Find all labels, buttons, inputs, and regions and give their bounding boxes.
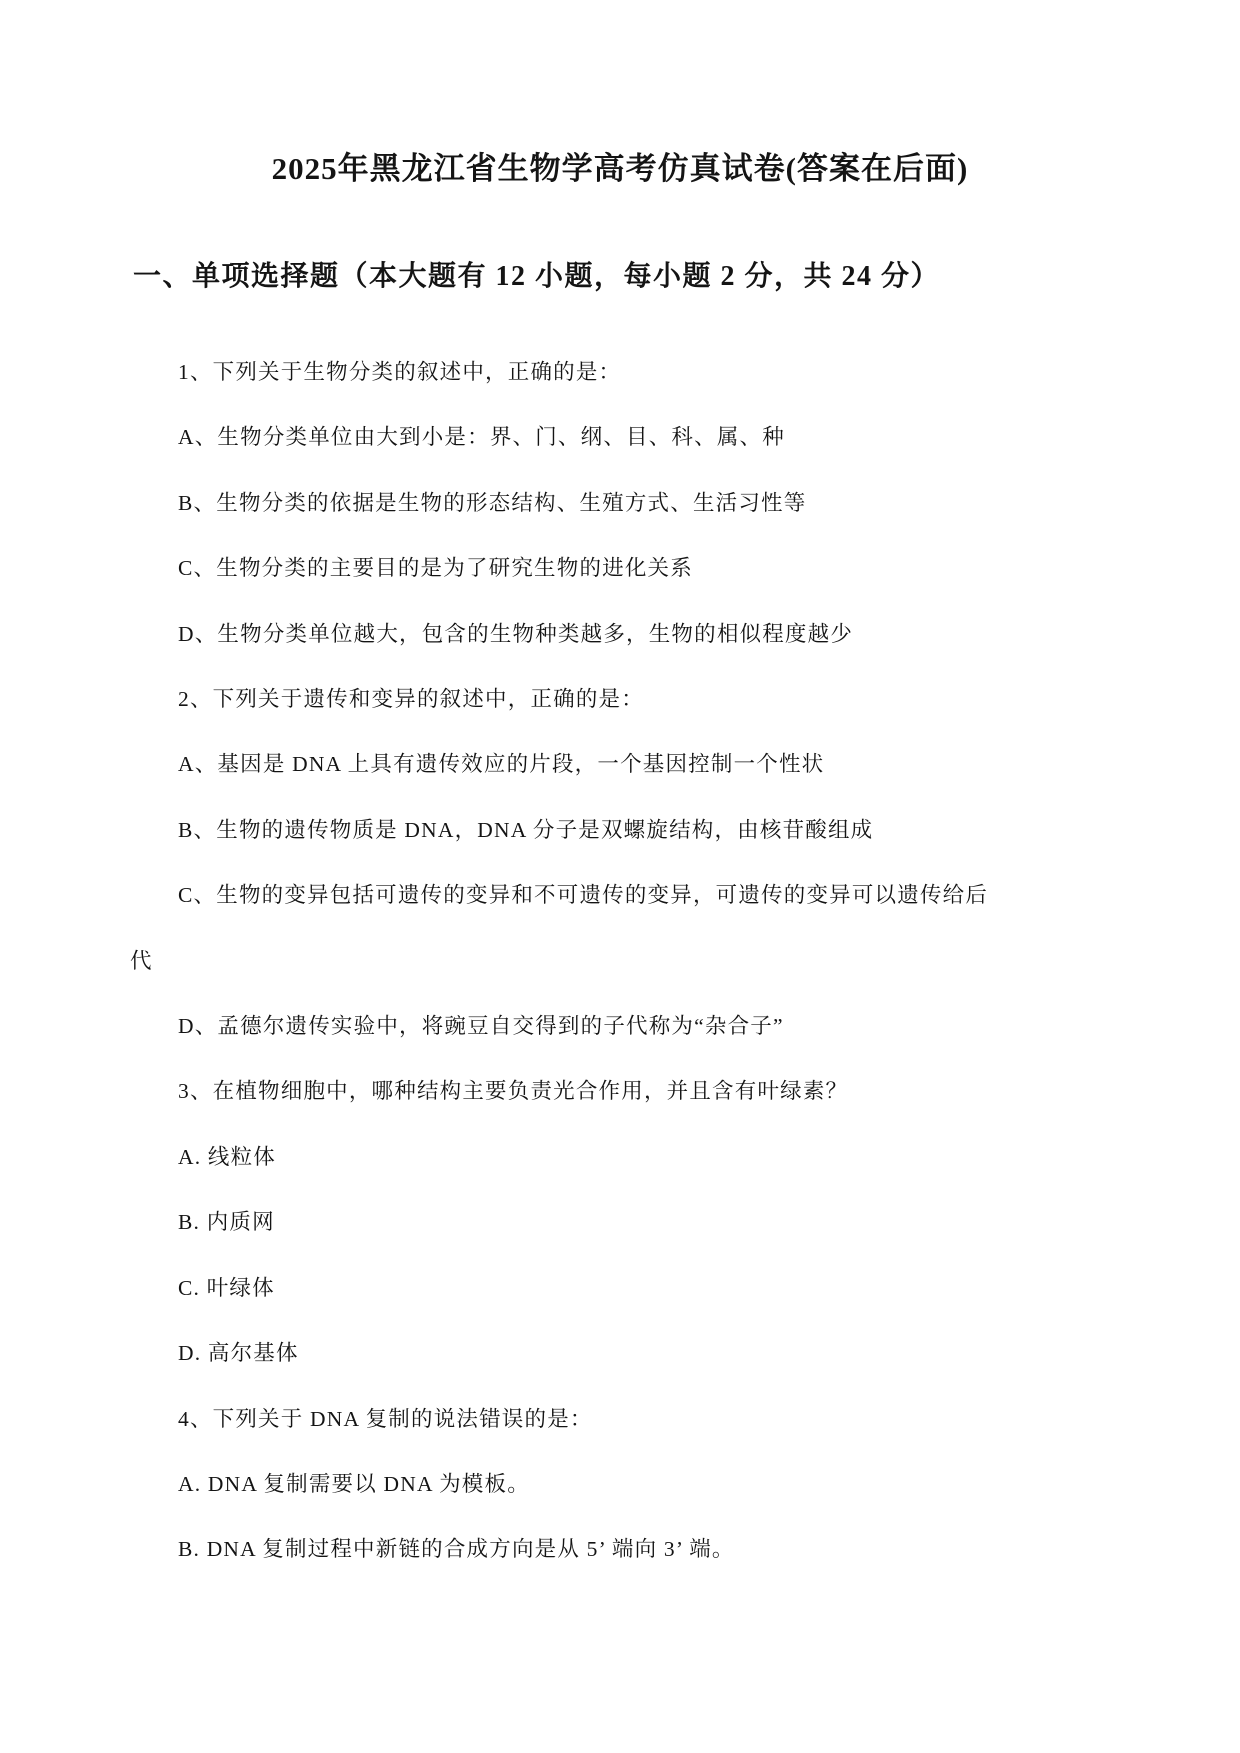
question-3-option-d: D. 高尔基体 xyxy=(130,1321,1120,1386)
question-list: 1、下列关于生物分类的叙述中，正确的是： A、生物分类单位由大到小是：界、门、纲… xyxy=(130,340,1120,1583)
question-4-stem: 4、下列关于 DNA 复制的说法错误的是： xyxy=(130,1387,1120,1452)
question-3-option-a: A. 线粒体 xyxy=(130,1125,1120,1190)
question-1-option-a: A、生物分类单位由大到小是：界、门、纲、目、科、属、种 xyxy=(130,405,1120,470)
question-4-option-a: A. DNA 复制需要以 DNA 为模板。 xyxy=(130,1452,1120,1517)
question-3-option-c: C. 叶绿体 xyxy=(130,1256,1120,1321)
question-1-option-d: D、生物分类单位越大，包含的生物种类越多，生物的相似程度越少 xyxy=(130,602,1120,667)
question-2-option-b: B、生物的遗传物质是 DNA，DNA 分子是双螺旋结构，由核苷酸组成 xyxy=(130,798,1120,863)
exam-paper-page: 2025年黑龙江省生物学高考仿真试卷(答案在后面) 一、单项选择题（本大题有 1… xyxy=(0,0,1240,1753)
question-2-stem: 2、下列关于遗传和变异的叙述中，正确的是： xyxy=(130,667,1120,732)
question-3-stem: 3、在植物细胞中，哪种结构主要负责光合作用，并且含有叶绿素？ xyxy=(130,1059,1120,1124)
question-2-option-c-line-2: 代 xyxy=(130,929,1120,994)
question-2-option-d: D、孟德尔遗传实验中，将豌豆自交得到的子代称为“杂合子” xyxy=(130,994,1120,1059)
question-1-stem: 1、下列关于生物分类的叙述中，正确的是： xyxy=(130,340,1120,405)
page-title: 2025年黑龙江省生物学高考仿真试卷(答案在后面) xyxy=(0,148,1240,190)
question-1-option-c: C、生物分类的主要目的是为了研究生物的进化关系 xyxy=(130,536,1120,601)
question-2-option-c-line-1: C、生物的变异包括可遗传的变异和不可遗传的变异，可遗传的变异可以遗传给后 xyxy=(130,863,1120,928)
question-2-option-a: A、基因是 DNA 上具有遗传效应的片段，一个基因控制一个性状 xyxy=(130,732,1120,797)
question-4-option-b: B. DNA 复制过程中新链的合成方向是从 5’ 端向 3’ 端。 xyxy=(130,1517,1120,1582)
question-1-option-b: B、生物分类的依据是生物的形态结构、生殖方式、生活习性等 xyxy=(130,471,1120,536)
question-3-option-b: B. 内质网 xyxy=(130,1190,1120,1255)
section-heading: 一、单项选择题（本大题有 12 小题，每小题 2 分，共 24 分） xyxy=(133,256,940,298)
